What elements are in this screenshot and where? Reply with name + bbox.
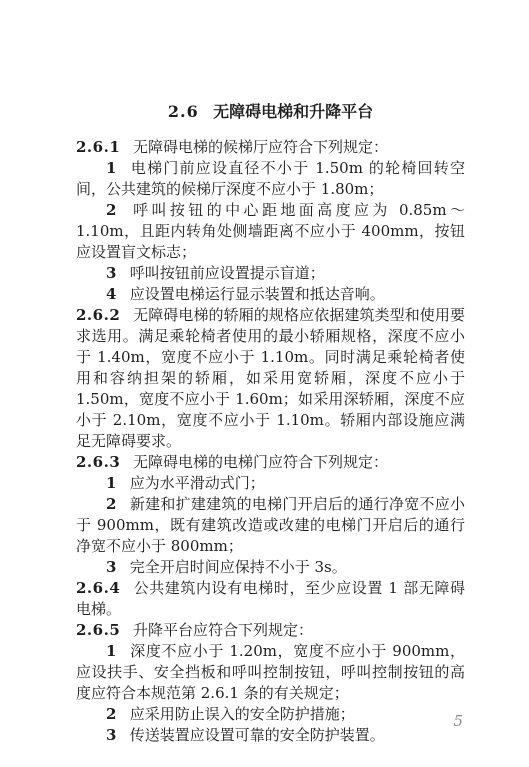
item-paragraph: 2呼叫按钮的中心距地面高度应为 0.85m～1.10m，且距内转角处侧墙距离不应… (76, 200, 465, 263)
paragraph-text: 新建和扩建建筑的电梯门开启后的通行净宽不应小于 900mm，既有建筑改造或改建的… (76, 495, 465, 555)
paragraph-text: 应采用防止误入的安全防护措施； (130, 705, 355, 723)
section-heading-title: 无障碍电梯和升降平台 (213, 102, 373, 121)
clause-number: 2.6.5 (76, 621, 120, 639)
paragraph-text: 无障碍电梯的轿厢的规格应依据建筑类型和使用要求选用。满足乘轮椅者使用的最小轿厢规… (76, 306, 465, 450)
paragraph-text: 应为水平滑动式门； (130, 474, 265, 492)
page-number: 5 (453, 711, 463, 731)
item-number: 3 (106, 264, 117, 282)
clause-number: 2.6.3 (76, 453, 120, 471)
clause-number: 2.6.2 (76, 306, 120, 324)
item-number: 1 (106, 642, 117, 660)
item-paragraph: 2应采用防止误入的安全防护措施； (76, 704, 465, 725)
clause-paragraph: 2.6.5升降平台应符合下列规定： (76, 620, 465, 641)
paragraph-text: 完全开启时间应保持不小于 3s。 (130, 558, 347, 576)
clause-paragraph: 2.6.1无障碍电梯的候梯厅应符合下列规定： (76, 137, 465, 158)
clause-paragraph: 2.6.4公共建筑内设有电梯时，至少应设置 1 部无障碍电梯。 (76, 578, 465, 620)
item-number: 2 (106, 201, 117, 219)
paragraph-text: 传送装置应设置可靠的安全防护装置。 (130, 726, 385, 744)
item-paragraph: 2新建和扩建建筑的电梯门开启后的通行净宽不应小于 900mm，既有建筑改造或改建… (76, 494, 465, 557)
paragraph-text: 应设置电梯运行显示装置和抵达音响。 (130, 285, 385, 303)
item-paragraph: 3呼叫按钮前应设置提示盲道； (76, 263, 465, 284)
clause-paragraph: 2.6.2无障碍电梯的轿厢的规格应依据建筑类型和使用要求选用。满足乘轮椅者使用的… (76, 305, 465, 452)
item-number: 3 (106, 558, 117, 576)
paragraph-text: 电梯门前应设直径不小于 1.50m 的轮椅回转空间，公共建筑的候梯厅深度不应小于… (76, 159, 465, 198)
paragraph-text: 无障碍电梯的电梯门应符合下列规定： (133, 453, 388, 471)
item-paragraph: 3传送装置应设置可靠的安全防护装置。 (76, 725, 465, 746)
paragraph-text: 呼叫按钮前应设置提示盲道； (130, 264, 325, 282)
paragraph-text: 无障碍电梯的候梯厅应符合下列规定： (133, 138, 388, 156)
paragraph-text: 深度不应小于 1.20m，宽度不应小于 900mm，应设扶手、安全挡板和呼叫控制… (76, 642, 465, 702)
item-number: 2 (106, 495, 117, 513)
item-paragraph: 1深度不应小于 1.20m，宽度不应小于 900mm，应设扶手、安全挡板和呼叫控… (76, 641, 465, 704)
item-number: 4 (106, 285, 117, 303)
item-paragraph: 1应为水平滑动式门； (76, 473, 465, 494)
paragraph-text: 呼叫按钮的中心距地面高度应为 0.85m～1.10m，且距内转角处侧墙距离不应小… (76, 201, 465, 261)
page-content: 2.6无障碍电梯和升降平台 2.6.1无障碍电梯的候梯厅应符合下列规定：1电梯门… (76, 88, 465, 746)
item-number: 2 (106, 705, 117, 723)
section-heading-number: 2.6 (168, 102, 199, 121)
item-paragraph: 1电梯门前应设直径不小于 1.50m 的轮椅回转空间，公共建筑的候梯厅深度不应小… (76, 158, 465, 200)
paragraph-text: 升降平台应符合下列规定： (133, 621, 313, 639)
section-heading: 2.6无障碍电梯和升降平台 (76, 101, 465, 123)
clause-number: 2.6.1 (76, 138, 120, 156)
document-page: 2.6无障碍电梯和升降平台 2.6.1无障碍电梯的候梯厅应符合下列规定：1电梯门… (0, 0, 529, 767)
document-body: 2.6.1无障碍电梯的候梯厅应符合下列规定：1电梯门前应设直径不小于 1.50m… (76, 137, 465, 746)
item-paragraph: 3完全开启时间应保持不小于 3s。 (76, 557, 465, 578)
paragraph-text: 公共建筑内设有电梯时，至少应设置 1 部无障碍电梯。 (76, 579, 465, 618)
clause-paragraph: 2.6.3无障碍电梯的电梯门应符合下列规定： (76, 452, 465, 473)
item-number: 1 (106, 159, 117, 177)
item-number: 1 (106, 474, 117, 492)
item-number: 3 (106, 726, 117, 744)
clause-number: 2.6.4 (76, 579, 120, 597)
item-paragraph: 4应设置电梯运行显示装置和抵达音响。 (76, 284, 465, 305)
